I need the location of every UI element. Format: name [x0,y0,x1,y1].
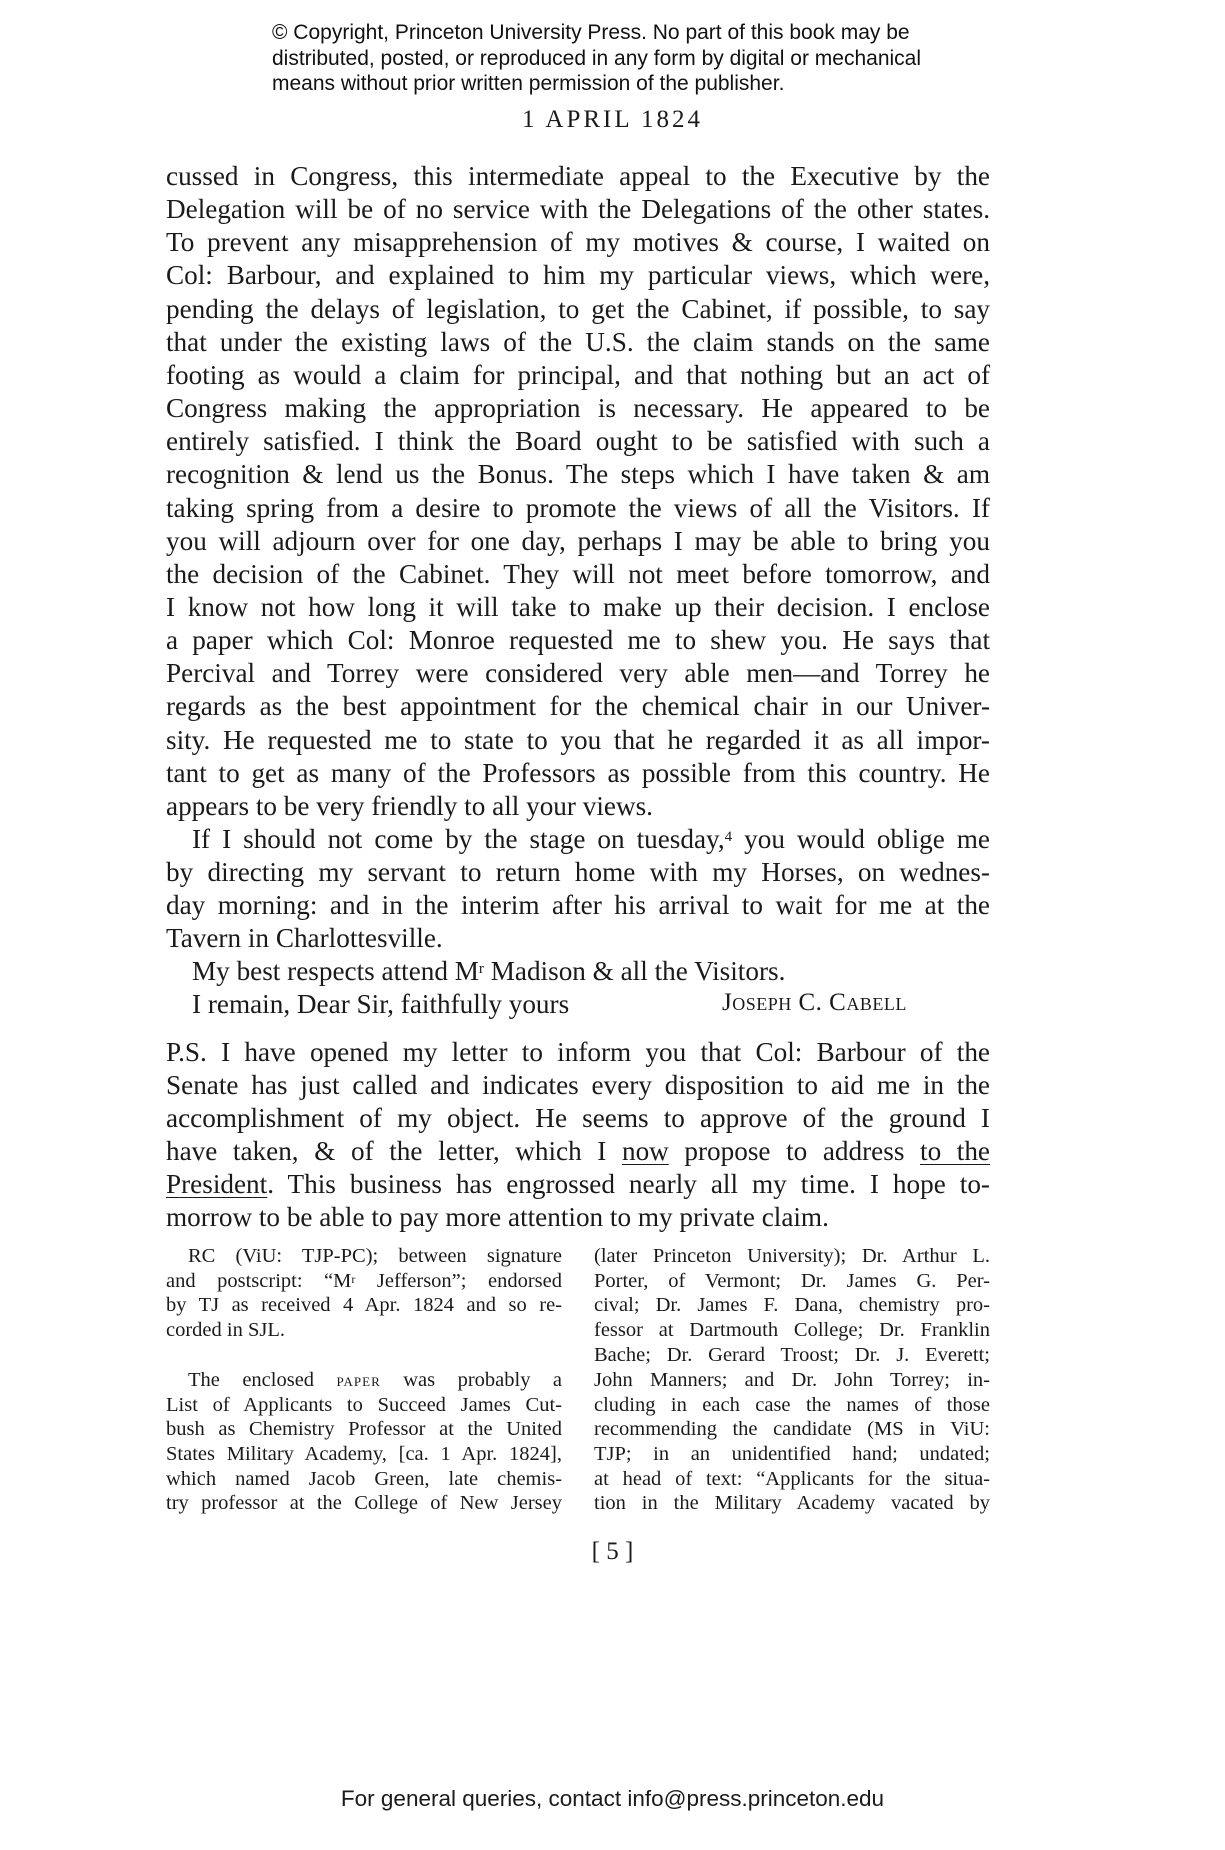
body-line: a paper which Col: Monroe requested me t… [166,624,990,657]
body-line: pending the delays of legislation, to ge… [166,293,990,326]
note-line: which named Jacob Green, late chemis- [166,1467,562,1492]
copyright-line: © Copyright, Princeton University Press.… [272,20,992,46]
note-line: Bache; Dr. Gerard Troost; Dr. J. Everett… [594,1343,990,1368]
body-line: by directing my servant to return home w… [166,856,990,889]
body-line: the decision of the Cabinet. They will n… [166,558,990,591]
text-span: propose to address [669,1136,920,1166]
note-line: recommending the candidate (MS in ViU: [594,1417,990,1442]
postscript-line: P.S. I have opened my letter to inform y… [166,1036,990,1069]
note-line: TJP; in an unidentified hand; undated; [594,1442,990,1467]
note-line: Porter, of Vermont; Dr. James G. Per- [594,1269,990,1294]
text-span: was probably a [381,1369,562,1391]
note-line: The enclosed paper was probably a [166,1368,562,1393]
body-line: Delegation will be of no service with th… [166,193,990,226]
note-line: try professor at the College of New Jers… [166,1491,562,1516]
postscript-line: morrow to be able to pay more attention … [166,1201,990,1234]
page-number: [ 5 ] [0,1538,1225,1566]
note-line: corded in SJL. [166,1318,562,1343]
body-line: appears to be very friendly to all your … [166,790,990,823]
body-line: Percival and Torrey were considered very… [166,657,990,690]
underlined-text: President [166,1169,267,1199]
note-line: John Manners; and Dr. John Torrey; in- [594,1368,990,1393]
body-line: that under the existing laws of the U.S.… [166,326,990,359]
text-span: My best respects attend M [192,956,479,986]
note-line: cluding in each case the names of those [594,1393,990,1418]
body-line: cussed in Congress, this intermediate ap… [166,160,990,193]
text-span: Jefferson”; endorsed [355,1270,562,1292]
copyright-notice: © Copyright, Princeton University Press.… [272,20,992,97]
body-line: To prevent any misapprehension of my mot… [166,226,990,259]
postscript-line: President. This business has engrossed n… [166,1168,990,1201]
body-line: recognition & lend us the Bonus. The ste… [166,458,990,491]
body-line: you will adjourn over for one day, perha… [166,525,990,558]
superscript: r [351,1272,355,1286]
body-line: day morning: and in the interim after hi… [166,889,990,922]
text-span: . This business has engrossed nearly all… [267,1169,990,1199]
postscript-line: have taken, & of the letter, which I now… [166,1135,990,1168]
copyright-line: distributed, posted, or reproduced in an… [272,46,992,72]
footer-contact: For general queries, contact info@press.… [0,1786,1225,1812]
body-line: regards as the best appointment for the … [166,690,990,723]
text-span: you would oblige me [732,824,990,854]
text-span: have taken, & of the letter, which I [166,1136,622,1166]
note-line: bush as Chemistry Professor at the Unite… [166,1417,562,1442]
note-line: at head of text: “Applicants for the sit… [594,1467,990,1492]
body-line: taking spring from a desire to promote t… [166,492,990,525]
body-line: If I should not come by the stage on tue… [192,823,990,856]
body-line: Congress making the appropriation is nec… [166,392,990,425]
copyright-line: means without prior written permission o… [272,71,992,97]
body-line: footing as would a claim for principal, … [166,359,990,392]
body-line: entirely satisfied. I think the Board ou… [166,425,990,458]
text-span: If I should not come by the stage on tue… [192,824,725,854]
superscript: r [479,961,484,977]
running-head-date: 1 APRIL 1824 [0,106,1225,134]
postscript-line: accomplishment of my object. He seems to… [166,1102,990,1135]
note-line: fessor at Dartmouth College; Dr. Frankli… [594,1318,990,1343]
note-line: States Military Academy, [ca. 1 Apr. 182… [166,1442,562,1467]
note-line: (later Princeton University); Dr. Arthur… [594,1244,990,1269]
postscript-line: Senate has just called and indicates eve… [166,1069,990,1102]
text-span: Madison & all the Visitors. [484,956,785,986]
note-line: tion in the Military Academy vacated by [594,1491,990,1516]
note-line: RC (ViU: TJP-PC); between signature [166,1244,562,1269]
note-line: cival; Dr. James F. Dana, chemistry pro- [594,1293,990,1318]
note-line: by TJ as received 4 Apr. 1824 and so re- [166,1293,562,1318]
signature: Joseph C. Cabell [722,989,907,1017]
small-caps-term: paper [337,1370,381,1390]
underlined-text: now [622,1136,669,1166]
note-line: and postscript: “Mr Jefferson”; endorsed [166,1269,562,1294]
underlined-text: to the [920,1136,990,1166]
note-line: List of Applicants to Succeed James Cut- [166,1393,562,1418]
text-span: The enclosed [188,1369,337,1391]
closing-respects: My best respects attend Mr Madison & all… [192,955,990,988]
body-line: I know not how long it will take to make… [166,591,990,624]
body-line: tant to get as many of the Professors as… [166,757,990,790]
body-line: sity. He requested me to state to you th… [166,724,990,757]
footnote-marker[interactable]: 4 [725,829,733,845]
body-line: Col: Barbour, and explained to him my pa… [166,259,990,292]
text-span: and postscript: “M [166,1270,351,1292]
body-line: Tavern in Charlottesville. [166,922,990,955]
